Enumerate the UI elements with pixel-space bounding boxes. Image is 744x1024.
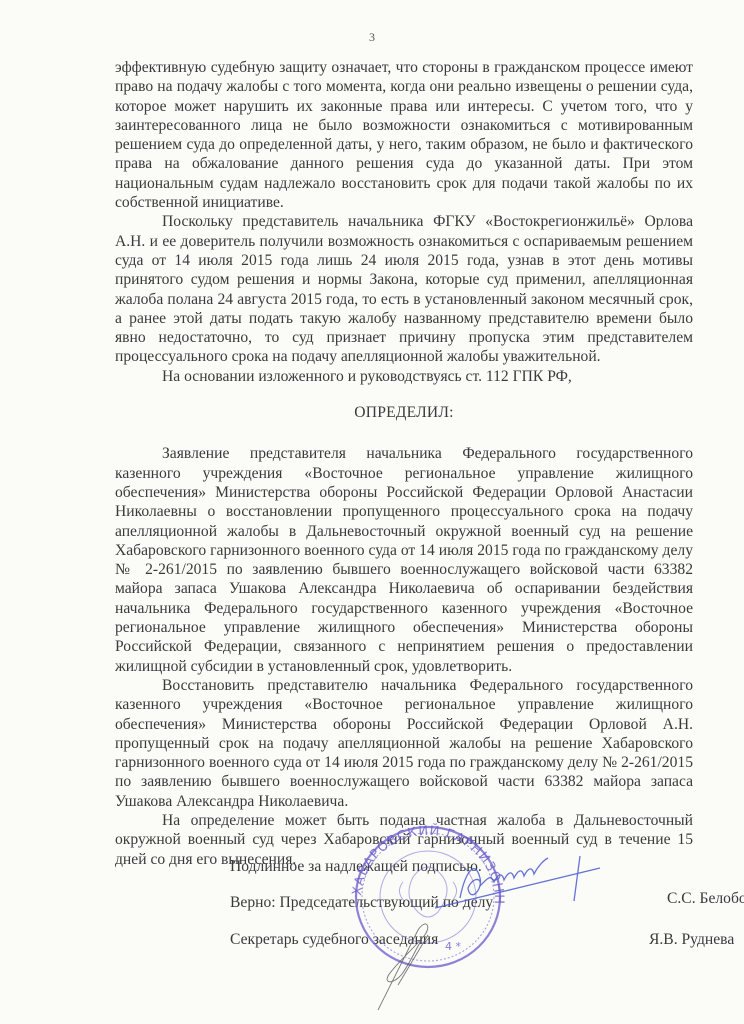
paragraph-continuation: эффективную судебную защиту означает, чт… [115,58,693,212]
paragraph-reasoning: Поскольку представитель начальника ФГКУ … [115,212,693,366]
secretary-name: Я.В. Руднева [649,931,734,949]
presiding-signature-icon [430,848,610,918]
ruling-heading: ОПРЕДЕЛИЛ: [115,403,693,422]
ruling-paragraph-restore: Восстановить представителю начальника Фе… [115,676,693,811]
paragraph-basis: На основании изложенного и руководствуяс… [115,367,693,386]
document-body: эффективную судебную защиту означает, чт… [115,58,693,869]
presiding-name: С.С. Белобородько [667,890,744,908]
secretary-signature-icon [368,915,448,1015]
page-number: 3 [0,30,744,45]
ruling-paragraph-grant: Заявление представителя начальника Федер… [115,444,693,676]
